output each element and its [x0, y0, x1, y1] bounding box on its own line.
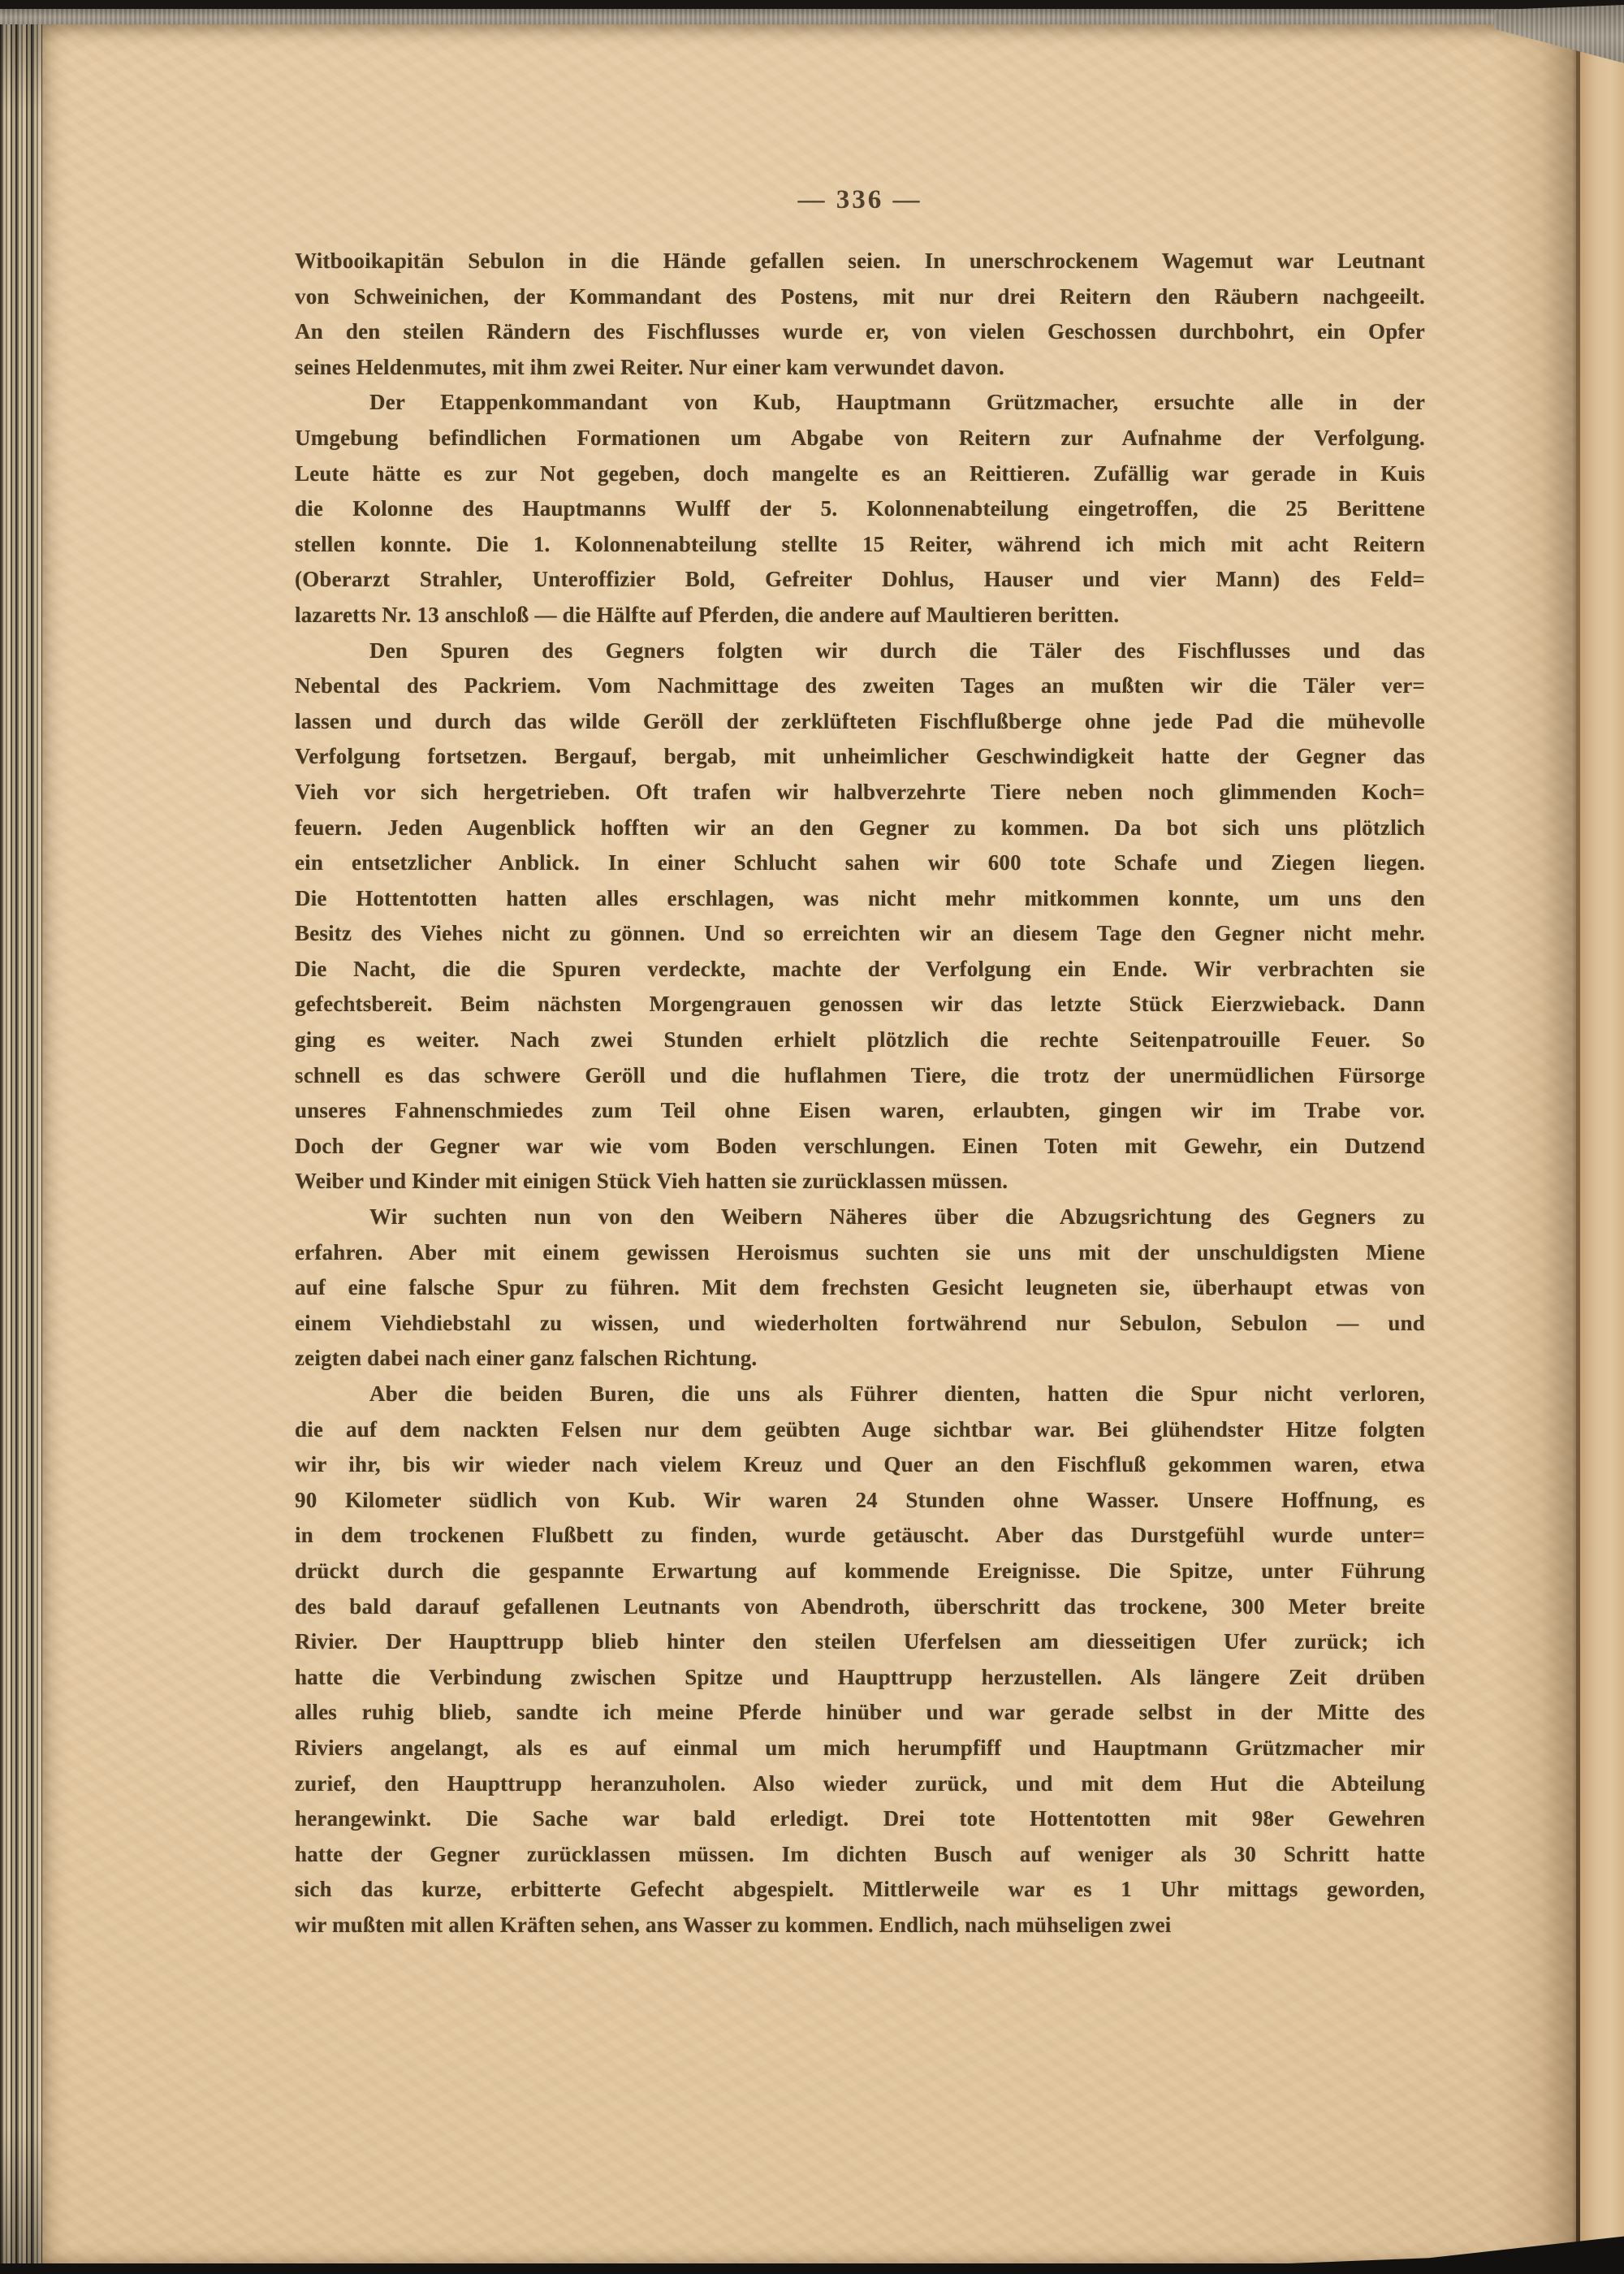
text-line: hatte die Verbindung zwischen Spitze und…	[295, 1660, 1425, 1696]
facing-page-sliver	[1580, 45, 1624, 2247]
text-line: ging es weiter. Nach zwei Stunden erhiel…	[295, 1022, 1425, 1058]
page-edges-stack	[0, 24, 47, 2263]
text-line: hatte der Gegner zurücklassen müssen. Im…	[295, 1837, 1425, 1873]
text-line: ein entsetzlicher Anblick. In einer Schl…	[295, 845, 1425, 881]
text-line: An den steilen Rändern des Fischflusses …	[295, 314, 1425, 350]
text-line: herangewinkt. Die Sache war bald erledig…	[295, 1801, 1425, 1837]
text-line: seines Heldenmutes, mit ihm zwei Reiter.…	[295, 350, 1425, 386]
page-number: — 336 —	[295, 185, 1425, 215]
text-line: von Schweinichen, der Kommandant des Pos…	[295, 279, 1425, 315]
text-line: auf eine falsche Spur zu führen. Mit dem…	[295, 1270, 1425, 1306]
text-line: Witbooikapitän Sebulon in die Hände gefa…	[295, 244, 1425, 279]
text-line: Wir suchten nun von den Weibern Näheres …	[295, 1200, 1425, 1235]
text-line: Rivier. Der Haupttrupp blieb hinter den …	[295, 1624, 1425, 1660]
text-line: gefechtsbereit. Beim nächsten Morgengrau…	[295, 987, 1425, 1022]
text-line: Besitz des Viehes nicht zu gönnen. Und s…	[295, 916, 1425, 952]
text-line: in dem trockenen Flußbett zu finden, wur…	[295, 1518, 1425, 1554]
text-line: Die Nacht, die die Spuren verdeckte, mac…	[295, 952, 1425, 988]
text-line: stellen konnte. Die 1. Kolonnenabteilung…	[295, 527, 1425, 563]
text-line: Die Hottentotten hatten alles erschlagen…	[295, 881, 1425, 917]
text-line: 90 Kilometer südlich von Kub. Wir waren …	[295, 1483, 1425, 1519]
text-line: schnell es das schwere Geröll und die hu…	[295, 1058, 1425, 1094]
text-line: Weiber und Kinder mit einigen Stück Vieh…	[295, 1164, 1425, 1200]
text-line: drückt durch die gespannte Erwartung auf…	[295, 1554, 1425, 1589]
text-line: Nebental des Packriem. Vom Nachmittage d…	[295, 668, 1425, 704]
text-line: zurief, den Haupttrupp heranzuholen. Als…	[295, 1766, 1425, 1802]
text-line: Den Spuren des Gegners folgten wir durch…	[295, 633, 1425, 669]
text-line: Vieh vor sich hergetrieben. Oft trafen w…	[295, 775, 1425, 811]
text-line: Der Etappenkommandant von Kub, Hauptmann…	[295, 385, 1425, 421]
book-page: — 336 — Witbooikapitän Sebulon in die Hä…	[42, 24, 1580, 2263]
text-line: zeigten dabei nach einer ganz falschen R…	[295, 1341, 1425, 1377]
text-line: Leute hätte es zur Not gegeben, doch man…	[295, 456, 1425, 492]
gutter-shadow	[1494, 24, 1579, 2263]
text-line: alles ruhig blieb, sandte ich meine Pfer…	[295, 1695, 1425, 1731]
text-line: Verfolgung fortsetzen. Bergauf, bergab, …	[295, 739, 1425, 775]
text-line: einem Viehdiebstahl zu wissen, und wiede…	[295, 1306, 1425, 1342]
text-line: Doch der Gegner war wie vom Boden versch…	[295, 1129, 1425, 1165]
text-line: die auf dem nackten Felsen nur dem geübt…	[295, 1412, 1425, 1448]
text-line: feuern. Jeden Augenblick hofften wir an …	[295, 811, 1425, 846]
text-line: Riviers angelangt, als es auf einmal um …	[295, 1731, 1425, 1766]
text-line: des bald darauf gefallenen Leutnants von…	[295, 1589, 1425, 1625]
text-line: lazaretts Nr. 13 anschloß — die Hälfte a…	[295, 598, 1425, 633]
text-line: wir mußten mit allen Kräften sehen, ans …	[295, 1908, 1425, 1943]
text-line: unseres Fahnenschmiedes zum Teil ohne Ei…	[295, 1093, 1425, 1129]
text-line: die Kolonne des Hauptmanns Wulff der 5. …	[295, 491, 1425, 527]
text-line: wir ihr, bis wir wieder nach vielem Kreu…	[295, 1447, 1425, 1483]
text-line: Umgebung befindlichen Formationen um Abg…	[295, 421, 1425, 456]
page-text: Witbooikapitän Sebulon in die Hände gefa…	[295, 244, 1425, 1943]
text-line: sich das kurze, erbitterte Gefecht abges…	[295, 1872, 1425, 1908]
text-line: lassen und durch das wilde Geröll der ze…	[295, 704, 1425, 740]
text-line: Aber die beiden Buren, die uns als Führe…	[295, 1377, 1425, 1412]
text-line: (Oberarzt Strahler, Unteroffizier Bold, …	[295, 562, 1425, 598]
text-line: erfahren. Aber mit einem gewissen Herois…	[295, 1235, 1425, 1271]
